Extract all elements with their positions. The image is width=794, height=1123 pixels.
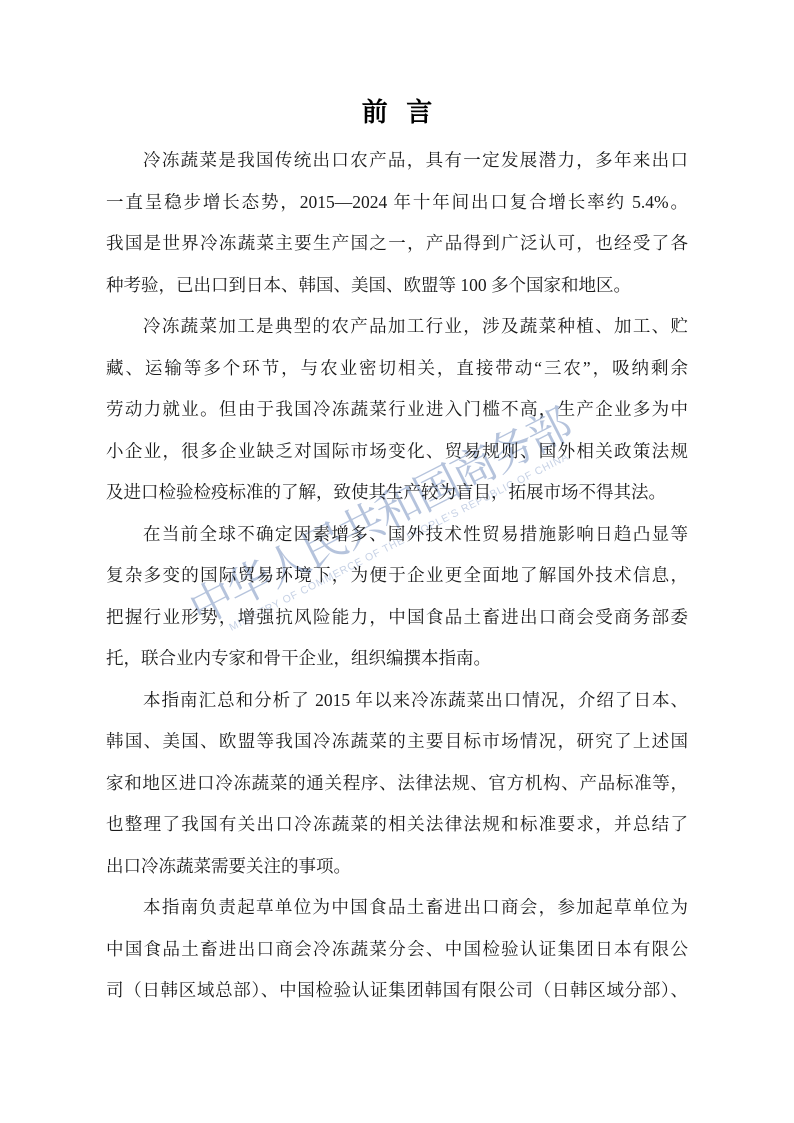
text-line: 司（日韩区域总部）、中国检验认证集团韩国有限公司（日韩区域分部）、 bbox=[106, 970, 688, 1012]
document-page: 中华人民共和国商务部 MINISTRY OF COMMERCE OF THE P… bbox=[0, 0, 794, 1123]
text-line: 出口冷冻蔬菜需要关注的事项。 bbox=[106, 846, 688, 888]
text-line: 冷冻蔬菜加工是典型的农产品加工行业，涉及蔬菜种植、加工、贮 bbox=[106, 306, 688, 348]
text-line: 藏、运输等多个环节，与农业密切相关，直接带动“三农”，吸纳剩余 bbox=[106, 348, 688, 390]
text-line: 把握行业形势，增强抗风险能力，中国食品土畜进出口商会受商务部委 bbox=[106, 597, 688, 639]
text-line: 小企业，很多企业缺乏对国际市场变化、贸易规则、国外相关政策法规 bbox=[106, 431, 688, 473]
text-line: 一直呈稳步增长态势，2015—2024 年十年间出口复合增长率约 5.4%。 bbox=[106, 182, 688, 224]
page-title: 前 言 bbox=[112, 97, 688, 128]
text-line: 我国是世界冷冻蔬菜主要生产国之一，产品得到广泛认可，也经受了各 bbox=[106, 223, 688, 265]
text-line: 托，联合业内专家和骨干企业，组织编撰本指南。 bbox=[106, 638, 688, 680]
text-line: 本指南负责起草单位为中国食品土畜进出口商会，参加起草单位为 bbox=[106, 887, 688, 929]
text-line: 韩国、美国、欧盟等我国冷冻蔬菜的主要目标市场情况，研究了上述国 bbox=[106, 721, 688, 763]
text-line: 种考验，已出口到日本、韩国、美国、欧盟等 100 多个国家和地区。 bbox=[106, 265, 688, 307]
text-line: 本指南汇总和分析了 2015 年以来冷冻蔬菜出口情况，介绍了日本、 bbox=[106, 680, 688, 722]
text-line: 家和地区进口冷冻蔬菜的通关程序、法律法规、官方机构、产品标准等， bbox=[106, 763, 688, 805]
text-line: 复杂多变的国际贸易环境下，为便于企业更全面地了解国外技术信息， bbox=[106, 555, 688, 597]
text-line: 及进口检验检疫标准的了解，致使其生产较为盲目，拓展市场不得其法。 bbox=[106, 472, 688, 514]
document-body: 冷冻蔬菜是我国传统出口农产品，具有一定发展潜力，多年来出口一直呈稳步增长态势，2… bbox=[106, 140, 688, 1012]
text-line: 冷冻蔬菜是我国传统出口农产品，具有一定发展潜力，多年来出口 bbox=[106, 140, 688, 182]
document-content: 前 言 冷冻蔬菜是我国传统出口农产品，具有一定发展潜力，多年来出口一直呈稳步增长… bbox=[106, 97, 688, 1012]
text-line: 中国食品土畜进出口商会冷冻蔬菜分会、中国检验认证集团日本有限公 bbox=[106, 929, 688, 971]
text-line: 也整理了我国有关出口冷冻蔬菜的相关法律法规和标准要求，并总结了 bbox=[106, 804, 688, 846]
text-line: 劳动力就业。但由于我国冷冻蔬菜行业进入门槛不高，生产企业多为中 bbox=[106, 389, 688, 431]
text-line: 在当前全球不确定因素增多、国外技术性贸易措施影响日趋凸显等 bbox=[106, 514, 688, 556]
